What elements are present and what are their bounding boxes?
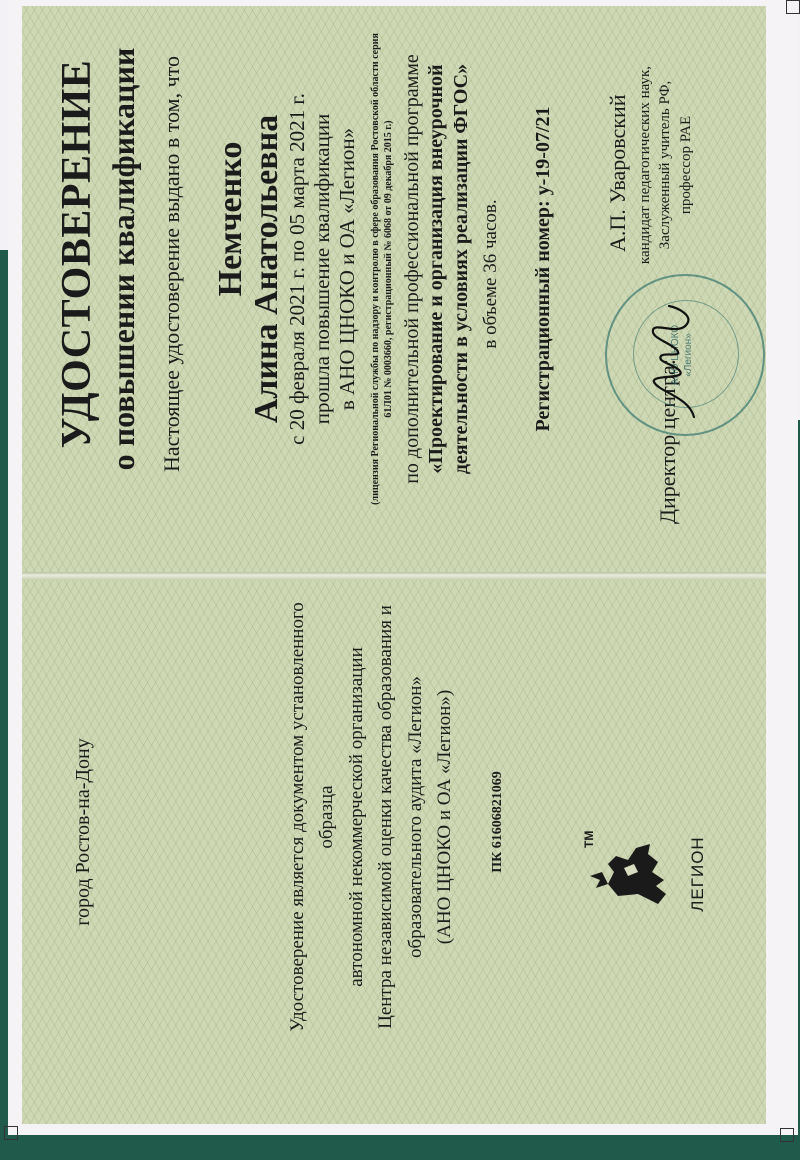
director-title-line: Заслуженный учитель РФ,	[655, 60, 675, 270]
recipient-surname: Немченко	[213, 142, 249, 297]
about-line: образовательного аудита «Легион»	[401, 580, 430, 1054]
signature-block: Директор центра: АНО ЦНОКО «Легион» А.П.…	[599, 6, 759, 572]
intro-text: Настоящее удостоверение выдано в том, чт…	[159, 56, 185, 472]
legion-logo: TM ЛЕГИОН	[578, 814, 728, 934]
recipient-name: Алина Анатольевна	[249, 115, 285, 423]
background-surface-bottom	[0, 1135, 800, 1160]
organization-text: в АНО ЦНОКО и ОА «Легион»	[335, 128, 360, 410]
director-titles: кандидат педагогических наук, Заслуженны…	[635, 60, 696, 270]
certificate-title: УДОСТОВЕРЕНИЕ	[56, 60, 98, 449]
program-title: «Проектирование и организация внеурочной…	[424, 64, 474, 474]
crop-mark-icon	[780, 1128, 794, 1142]
director-name: А.П. Уваровский	[605, 95, 631, 253]
program-title-line: «Проектирование и организация внеурочной	[424, 64, 449, 474]
crop-mark-icon	[4, 1126, 18, 1140]
completion-text: прошла повышение квалификации	[310, 114, 335, 425]
certificate-left-page: город Ростов-на-Дону Удостоверение являе…	[22, 580, 766, 1124]
about-text: Удостоверение является документом устано…	[283, 580, 460, 1054]
certificate-subtitle: о повышении квалификации	[106, 48, 141, 471]
signature-icon	[639, 302, 709, 422]
director-title-line: кандидат педагогических наук,	[635, 60, 655, 270]
about-line: Центра независимой оценки качества образ…	[371, 580, 400, 1054]
license-line: 61Л01 № 0003660, регистрационный № 6068 …	[383, 33, 396, 505]
about-line: (АНО ЦНОКО и ОА «Легион»)	[430, 580, 459, 1054]
program-volume: в объеме 36 часов.	[480, 199, 502, 348]
license-text: (лицензия Региональной службы по надзору…	[370, 33, 395, 505]
city-text: город Ростов-на-Дону	[72, 738, 95, 925]
registration-number: Регистрационный номер: у-19-07/21	[532, 106, 555, 431]
trademark-symbol: TM	[582, 831, 596, 848]
training-period: с 20 февраля 2021 г. по 05 марта 2021 г.	[285, 93, 310, 445]
certificate-right-page: УДОСТОВЕРЕНИЕ о повышении квалификации Н…	[22, 6, 766, 572]
program-title-line: деятельности в условиях реализации ФГОС»	[449, 64, 474, 474]
license-line: (лицензия Региональной службы по надзору…	[370, 33, 383, 505]
program-intro: по дополнительной профессиональной прогр…	[401, 54, 424, 484]
director-title-line: профессор РАЕ	[676, 60, 696, 270]
about-line: Удостоверение является документом устано…	[283, 580, 342, 1054]
about-line: автономной некоммерческой организации	[342, 580, 371, 1054]
fold-line	[22, 572, 766, 580]
crop-mark-icon	[786, 0, 800, 14]
logo-text: ЛЕГИОН	[688, 814, 708, 934]
pk-number: ПК 61606821069	[490, 771, 506, 873]
